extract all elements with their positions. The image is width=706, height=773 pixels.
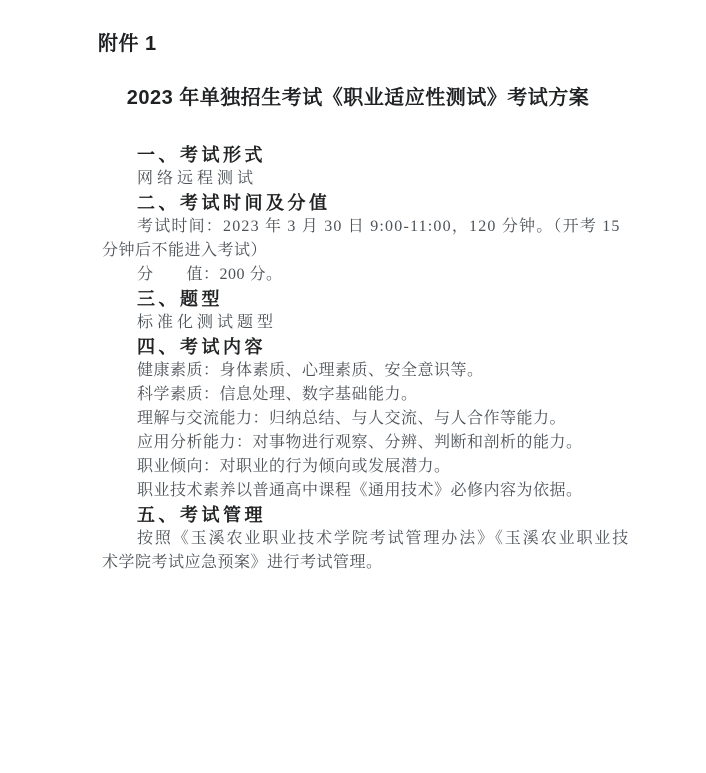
section-heading-exam-format: 一、考试形式 [102, 143, 632, 167]
text-career-orientation: 职业倾向：对职业的行为倾向或发展潜力。 [102, 455, 632, 479]
text-exam-time-line1: 考试时间：2023 年 3 月 30 日 9:00-11:00，120 分钟。（… [102, 215, 632, 239]
text-exam-format: 网络远程测试 [102, 167, 632, 191]
section-heading-question-type: 三、题型 [102, 287, 632, 311]
document-body: 一、考试形式 网络远程测试 二、考试时间及分值 考试时间：2023 年 3 月 … [102, 143, 632, 575]
section-heading-exam-content: 四、考试内容 [102, 335, 632, 359]
text-exam-management-line2: 术学院考试应急预案》进行考试管理。 [102, 551, 632, 575]
attachment-label: 附件 1 [98, 31, 157, 57]
section-heading-exam-time-score: 二、考试时间及分值 [102, 191, 632, 215]
text-exam-management-line1: 按照《玉溪农业职业技术学院考试管理办法》《玉溪农业职业技 [102, 527, 632, 551]
document-title: 2023 年单独招生考试《职业适应性测试》考试方案 [0, 84, 706, 112]
text-communication-ability: 理解与交流能力：归纳总结、与人交流、与人合作等能力。 [102, 407, 632, 431]
text-score-value: 分 值：200 分。 [102, 263, 632, 287]
text-science-quality: 科学素质：信息处理、数字基础能力。 [102, 383, 632, 407]
text-health-quality: 健康素质：身体素质、心理素质、安全意识等。 [102, 359, 632, 383]
text-exam-time-line2: 分钟后不能进入考试） [102, 239, 632, 263]
text-question-type: 标准化测试题型 [102, 311, 632, 335]
text-analysis-ability: 应用分析能力：对事物进行观察、分辨、判断和剖析的能力。 [102, 431, 632, 455]
text-technical-literacy: 职业技术素养以普通高中课程《通用技术》必修内容为依据。 [102, 479, 632, 503]
document-page: 附件 1 2023 年单独招生考试《职业适应性测试》考试方案 一、考试形式 网络… [0, 0, 706, 773]
section-heading-exam-management: 五、考试管理 [102, 503, 632, 527]
